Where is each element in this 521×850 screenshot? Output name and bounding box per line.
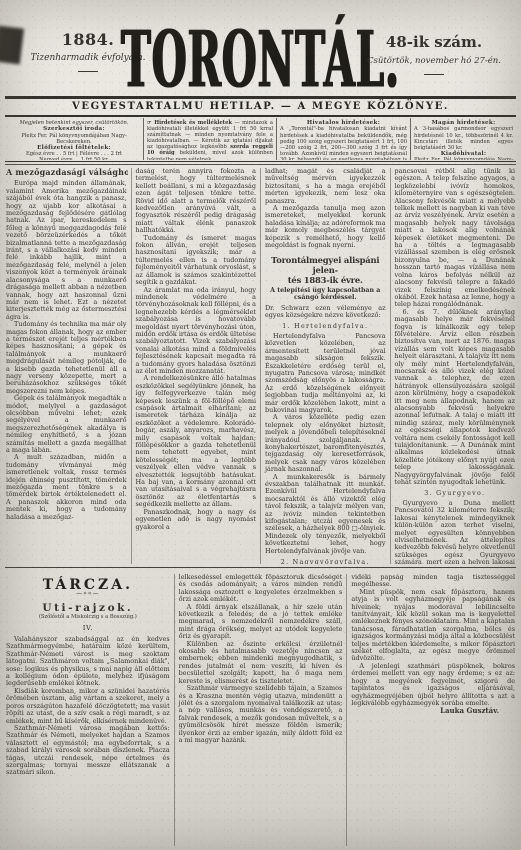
article-paragraph: A mezőgazda tanulja meg azon ismereteket…: [265, 205, 386, 249]
column-rule: [390, 168, 391, 564]
article-2-heading-line2: tés 1883-ik évre.: [288, 275, 363, 285]
article-1-heading: A mezőgazdasági válsághoz.: [6, 169, 127, 176]
article-paragraph: A rendelkezésünkre álló hatalmas eszközö…: [136, 375, 257, 508]
feuilleton-article-subtitle: (Szőlőstől a Miskolczig s a Bosszúig.): [6, 614, 170, 621]
article-paragraph: A munkakeresők is bármely évszakban talá…: [265, 474, 386, 555]
article-paragraph: pancsovai rétből alig tűnik ki egészen. …: [395, 168, 516, 309]
official-ads-text: A „Torontál"-ba hivatalosan kiadatni kív…: [280, 126, 407, 160]
body-column-3: ladhat; magát és családját a műveltség m…: [264, 168, 387, 564]
feuilleton-paragraph: Valahányszor szabadsággal az én kedves S…: [6, 636, 170, 688]
article-paragraph: daság terén annyira fokozta a termelést,…: [136, 168, 257, 235]
column-rule: [131, 168, 132, 564]
article-paragraph: Európa majd minden államának, valamint A…: [6, 180, 127, 321]
article-paragraph: Tudomány és technika ma már oly magas fo…: [6, 321, 127, 395]
section-heading-hertelendyfalva: 1. Hertelendyfalva.: [265, 323, 386, 330]
column-rule: [174, 574, 175, 846]
issue-number: 48-ik szám.: [361, 33, 507, 51]
feuilleton-paragraph: Kisdiák koromban, mikor a szünidei hazat…: [6, 688, 170, 725]
column-rule: [346, 574, 347, 846]
article-2-subheading: A telepítési ügy kapcsolatban a csángó k…: [269, 287, 382, 301]
publisher-office-text: Pleitz Fer. Pál könyvnyomdája Nagy-Becsk…: [414, 157, 513, 160]
ornament-flourish: —»«—: [6, 590, 170, 597]
section-heading-nagygyorgyfalva: 2. Nagygyörgyfalva.: [265, 559, 386, 564]
feuilleton-column-1: TÁRCZA. —»«— Uti-rajzok. (Szőlőstől a Mi…: [5, 574, 171, 846]
feuilleton-column-3: vidéki papság minden tagja tisztességgel…: [350, 574, 516, 846]
article-paragraph: Gyurgyevo a Duna mellett Pancsovától 32 …: [395, 500, 516, 564]
horizontal-rule-thin: [5, 164, 516, 165]
article-2-heading-line1: Torontálmegyei alispáni jelen-: [271, 255, 379, 275]
paper-subtitle: VEGYESTARTALMU HETILAP. — A MEGYE KÖZLÖN…: [0, 101, 521, 112]
section-divider-rule: [5, 567, 516, 568]
ads-note-box: ☞ Hirdetések és mellékletek — mindazok a…: [144, 118, 276, 160]
article-paragraph: A mult században, midőn a tudomány vívmá…: [6, 454, 127, 521]
article-paragraph: Gépek és találmányok megadták a módot, m…: [6, 395, 127, 454]
feuilleton-section: TÁRCZA. —»«— Uti-rajzok. (Szőlőstől a Mi…: [5, 574, 516, 846]
feuilleton-paragraph: vidéki papság minden tagja tisztességgel…: [351, 574, 515, 589]
main-body-section: A mezőgazdasági válsághoz. Európa majd m…: [5, 168, 516, 564]
article-paragraph: Tudomány és ismeret magas fokon állván, …: [136, 235, 257, 287]
feuilleton-paragraph: Különben az őszinte erkölcsi érzületnél …: [179, 641, 343, 685]
body-column-2: daság terén annyira fokozta a termelést,…: [135, 168, 258, 564]
feuilleton-article-title: Uti-rajzok.: [6, 605, 170, 612]
issue-date: Csütörtök, november hó 27-én.: [361, 56, 507, 66]
article-2-lead: Dr. Schwarz ezen véleménye az egyes közs…: [265, 305, 386, 320]
horizontal-rule-thin: [5, 161, 516, 162]
subscription-prices-2: Negyed évre . . 1 frt 50 kr.: [8, 157, 140, 160]
section-heading-gyurgyevo: 3. Gyurgyevo.: [395, 490, 516, 497]
feuilleton-title: TÁRCZA.: [6, 582, 170, 589]
feuilleton-paragraph: A jelenlegi szathmári püspöknek, bokros …: [351, 663, 515, 707]
column-rule: [260, 168, 261, 564]
article-paragraph: Hertelendyfalva Pancsova közvetlen közel…: [265, 333, 386, 414]
publishing-info-box: Megjelen hetenkint egyszer, csütörtökön.…: [5, 118, 143, 160]
article-paragraph: A város közelléte pedig ezen telepnek ol…: [265, 414, 386, 473]
horizontal-rule-thick: [5, 96, 516, 99]
feuilleton-paragraph: Szathmár vármegye szelídebb tájain, a Sz…: [179, 685, 343, 744]
divider-dash: [424, 74, 444, 75]
private-ads-box: Magán hirdetések: A 3-hasábos garmondsor…: [411, 118, 516, 160]
horizontal-rule-medium: [5, 115, 516, 117]
article-paragraph: Az áramlat ma oda irányul, hogy mindenek…: [136, 287, 257, 376]
article-paragraph: ladhat; magát és családját a műveltség m…: [265, 168, 386, 205]
feuilleton-paragraph: lelkesedéssel emlegették főpásztoruk dic…: [179, 574, 343, 604]
feuilleton-column-2: lelkesedéssel emlegették főpásztoruk dic…: [178, 574, 344, 846]
official-ads-box: Hivatalos hirdetések: A „Torontál"-ba hi…: [277, 118, 410, 160]
article-paragraph: Panaszkodnak, hogy a nagy és egyenetlen …: [136, 509, 257, 531]
feuilleton-part-number: IV.: [6, 625, 170, 632]
editorial-office-text: Pleitz Fer. Pál könyvnyomdájában Nagy-Be…: [8, 133, 140, 145]
newspaper-page: 1884. Tizenharmadik évfolyam. TORONTÁL. …: [0, 0, 521, 850]
body-column-1: A mezőgazdasági válsághoz. Európa majd m…: [5, 168, 128, 564]
feuilleton-paragraph: Szathmár-Németi városa magában kettős: S…: [6, 725, 170, 777]
feuilleton-paragraph: Mint püspök, nem csak főpásztora, hanem …: [351, 589, 515, 663]
body-column-4: pancsovai rétből alig tűnik ki egészen. …: [394, 168, 517, 564]
info-bar: Megjelen hetenkint egyszer, csütörtökön.…: [5, 118, 516, 160]
article-2-heading: Torontálmegyei alispáni jelen- tés 1883-…: [265, 256, 386, 285]
masthead-right-block: 48-ik szám. Csütörtök, november hó 27-én…: [361, 33, 507, 75]
article-paragraph: 6. és 7. dűlőknek aránylag magasabb hely…: [395, 309, 516, 487]
private-ads-text: A 3-hasábos garmondsor egyszeri hirdetés…: [414, 126, 513, 150]
feuilleton-paragraph: A földi árnyak elszállanak, a hír szele …: [179, 604, 343, 641]
author-signature: Lauka Gusztáv.: [351, 707, 515, 714]
